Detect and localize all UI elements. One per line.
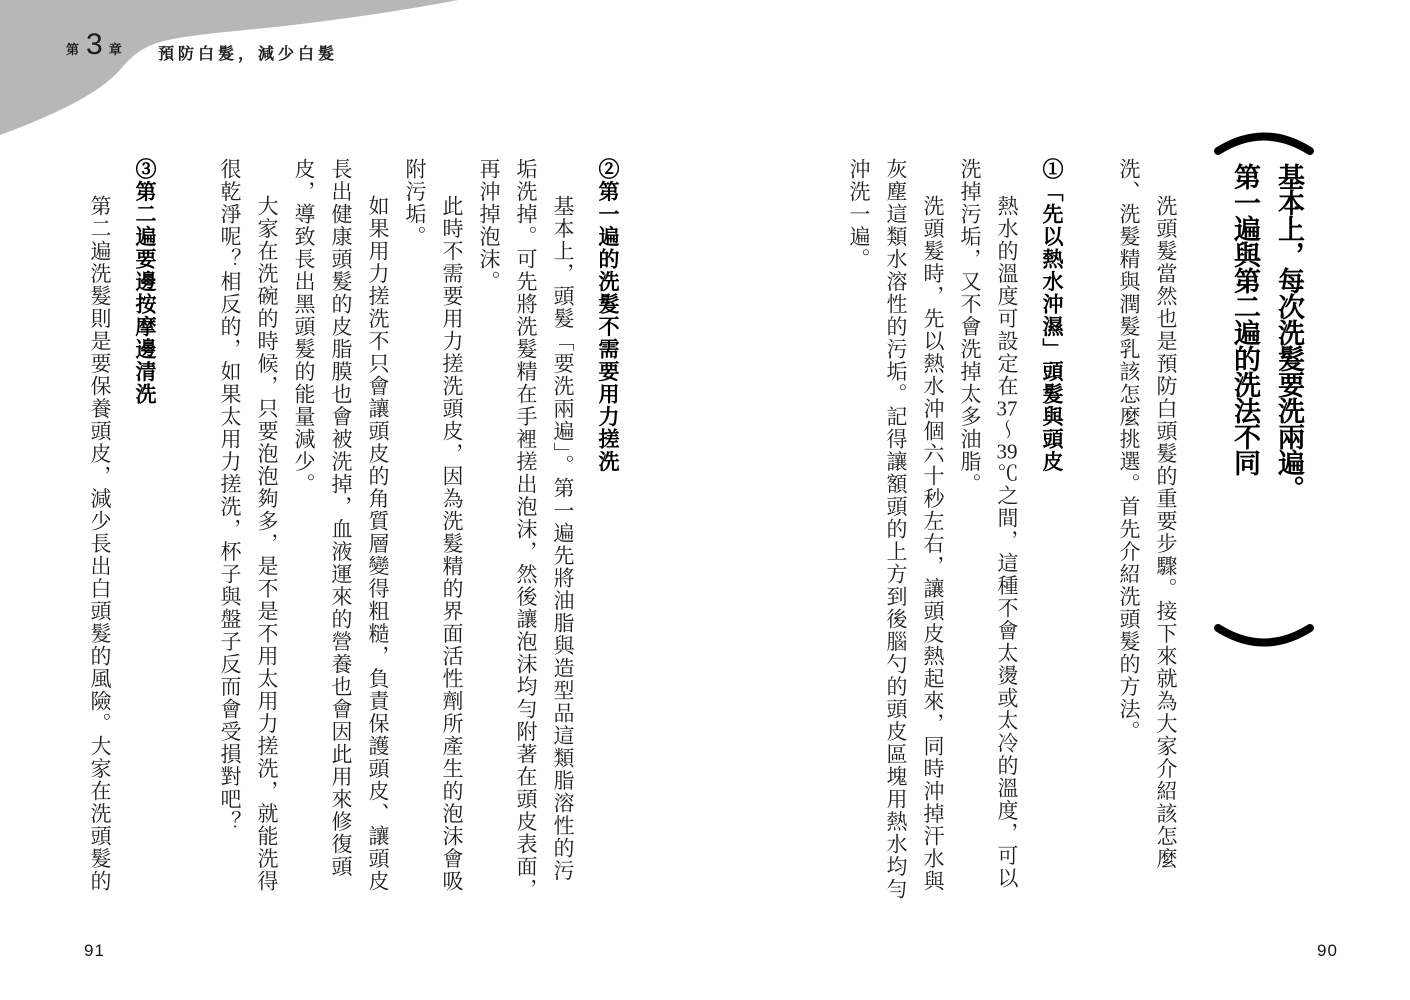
paragraph-column: 垢洗掉。可先將洗髮精在手裡搓出泡沫，然後讓泡沫均勻附著在頭皮表面， (507, 158, 544, 906)
chapter-number: 3 (86, 30, 103, 60)
temperature-high: 39 (995, 441, 1019, 462)
paragraph-column: 長出健康頭髮的皮脂膜也會被洗掉，血液運來的營養也會因此用來修復頭 (322, 158, 359, 906)
paragraph-column: 灰塵這類水溶性的污垢。記得讓額頭的上方到後腦勺的頭皮區塊用熱水均勻 (877, 158, 914, 906)
paragraph-column: 如果用力搓洗不只會讓頭皮的角質層變得粗糙，負責保護頭皮、讓頭皮 (359, 158, 396, 906)
page-91-body: ②第一遍的洗髮不需要用力搓洗 基本上，頭髮「要洗兩遍」。第一遍先將油脂與造型品這… (66, 158, 626, 906)
chapter-prefix: 第 (66, 39, 80, 58)
paragraph-column: 熱水的溫度可設定在37～39℃之間，這種不會太燙或太冷的溫度，可以 (988, 158, 1025, 906)
paragraph-column: 洗頭髮當然也是預防白頭髮的重要步驟。接下來就為大家介紹該怎麼 (1147, 158, 1184, 906)
paragraph-column: 此時不需要用力搓洗頭皮，因為洗髮精的界面活性劑所產生的泡沫會吸 (433, 158, 470, 906)
page-title: 基本上，每次洗髮要洗兩遍。 第一遍與第二遍的洗法不同 (1210, 122, 1318, 657)
page-number-91: 91 (84, 941, 105, 961)
paragraph-column: 附污垢。 (396, 158, 433, 906)
paragraph-column: 基本上，頭髮「要洗兩遍」。第一遍先將油脂與造型品這類脂溶性的污 (544, 158, 581, 906)
paragraph-column: 大家在洗碗的時候，只要泡泡夠多，是不是不用太用力搓洗，就能洗得 (248, 158, 285, 906)
paragraph-column: 洗掉污垢，又不會洗掉太多油脂。 (951, 158, 988, 906)
chapter-suffix: 章 (109, 39, 123, 58)
paragraph-column: 再沖掉泡沫。 (470, 158, 507, 906)
book-spread: 第 3 章 預防白髮，減少白髮 基本上，每次洗髮要洗兩遍。 第一遍與第二遍的洗法… (0, 0, 1410, 1000)
title-line: 基本上，每次洗髮要洗兩遍。 (1267, 163, 1311, 618)
section-2-heading: ②第一遍的洗髮不需要用力搓洗 (589, 158, 626, 906)
title-line: 第一遍與第二遍的洗法不同 (1223, 163, 1267, 618)
title-bracket-bottom-icon (1210, 623, 1318, 657)
paragraph-column: 沖洗一遍。 (840, 158, 877, 906)
paragraph-column: 洗頭髮時，先以熱水沖個六十秒左右，讓頭皮熱起來，同時沖掉汗水與 (914, 158, 951, 906)
section-3-heading: ③第二遍要邊按摩邊清洗 (126, 158, 163, 906)
chapter-title: 預防白髮，減少白髮 (158, 41, 338, 64)
paragraph-column: 皮，導致長出黑頭髮的能量減少。 (285, 158, 322, 906)
paragraph-column: 洗、洗髮精與潤髮乳該怎麼挑選。首先介紹洗頭髮的方法。 (1110, 158, 1147, 906)
page-90-body: 洗頭髮當然也是預防白頭髮的重要步驟。接下來就為大家介紹該怎麼 洗、洗髮精與潤髮乳… (784, 158, 1184, 906)
paragraph-column: 很乾淨呢？相反的，如果太用力搓洗，杯子與盤子反而會受損對吧？ (211, 158, 248, 906)
chapter-label: 第 3 章 (66, 30, 123, 60)
corner-swoosh (0, 0, 458, 136)
page-title-text: 基本上，每次洗髮要洗兩遍。 第一遍與第二遍的洗法不同 (1223, 163, 1311, 618)
temperature-low: 37 (995, 398, 1019, 419)
title-bracket-top-icon (1210, 122, 1318, 156)
paragraph-column: 第二遍洗髮則是要保養頭皮，減少長出白頭髮的風險。大家在洗頭髮的 (81, 158, 118, 906)
tilde-run: ～ (995, 419, 1019, 442)
section-1-heading: ①「先以熱水沖濕」頭髮與頭皮 (1033, 158, 1070, 906)
page-number-90: 90 (1317, 941, 1338, 961)
text-run: ℃之間，這種不會太燙或太冷的溫度，可以 (995, 462, 1019, 890)
text-run: 熱水的溫度可設定在 (995, 195, 1019, 398)
